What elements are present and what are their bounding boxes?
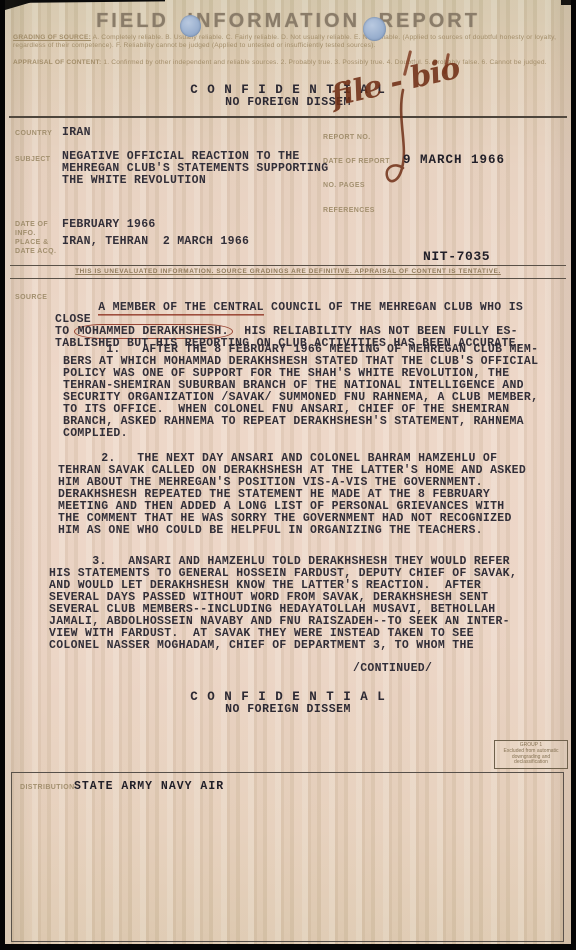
date-of-report-label: DATE OF REPORT <box>323 158 390 167</box>
report-id: NIT-7035 <box>423 251 490 263</box>
source-label: SOURCE <box>15 294 47 303</box>
declassification-stamp: GROUP 1 Excluded from automatic downgrad… <box>494 740 568 769</box>
subject-value: NEGATIVE OFFICIAL REACTION TO THE MEHREG… <box>62 151 328 187</box>
grading-label: GRADING OF SOURCE: <box>13 34 91 41</box>
punch-hole-icon <box>180 15 201 37</box>
appraisal-of-content-note: APPRAISAL OF CONTENT: 1. Confirmed by ot… <box>13 59 565 67</box>
grading-text: A. Completely reliable. B. Usually relia… <box>13 34 556 49</box>
country-label: COUNTRY <box>15 130 52 139</box>
red-underlined-text: A MEMBER OF THE CENTRAL <box>98 301 264 314</box>
continued-marker: /CONTINUED/ <box>353 663 432 675</box>
report-no-label: REPORT NO. <box>323 134 371 143</box>
scanned-document: FIELD INFORMATION REPORT GRADING OF SOUR… <box>0 0 576 950</box>
date-of-info-label: DATE OF INFO. <box>15 221 48 238</box>
references-label: REFERENCES <box>323 207 375 216</box>
header-rule <box>9 116 567 118</box>
punch-hole-icon <box>363 17 386 41</box>
paragraph-3: 3. ANSARI AND HAMZEHLU TOLD DERAKHSHESH … <box>49 556 563 652</box>
report-page: FIELD INFORMATION REPORT GRADING OF SOUR… <box>5 0 571 944</box>
date-of-report-value: 9 MARCH 1966 <box>403 154 505 166</box>
dissem-footer: NO FOREIGN DISSEM <box>5 704 571 716</box>
place-date-acq-value: IRAN, TEHRAN 2 MARCH 1966 <box>62 236 249 248</box>
appraisal-label: APPRAISAL OF CONTENT: <box>13 59 101 66</box>
handwriting-descender-stroke <box>375 88 435 193</box>
country-value: IRAN <box>62 127 91 139</box>
distribution-box: DISTRIBUTION STATE ARMY NAVY AIR <box>11 772 564 942</box>
place-date-acq-label: PLACE & DATE ACQ. <box>15 239 56 256</box>
distribution-label: DISTRIBUTION <box>20 784 75 793</box>
appraisal-text: 1. Confirmed by other independent and re… <box>101 59 546 66</box>
report-title: FIELD INFORMATION REPORT <box>5 10 571 32</box>
grading-of-source-note: GRADING OF SOURCE: A. Completely reliabl… <box>13 34 565 50</box>
no-pages-label: NO. PAGES <box>323 182 365 191</box>
scan-edge <box>561 0 571 5</box>
date-of-info-value: FEBRUARY 1966 <box>62 219 156 231</box>
dissem-header: NO FOREIGN DISSEM <box>5 97 571 109</box>
subject-label: SUBJECT <box>15 156 50 165</box>
paragraph-2: 2. THE NEXT DAY ANSARI AND COLONEL BAHRA… <box>58 453 563 537</box>
distribution-value: STATE ARMY NAVY AIR <box>74 781 224 793</box>
paragraph-1: 1. AFTER THE 8 FEBRUARY 1966 MEETING OF … <box>63 344 563 440</box>
unevaluated-notice: THIS IS UNEVALUATED INFORMATION. SOURCE … <box>10 265 566 279</box>
